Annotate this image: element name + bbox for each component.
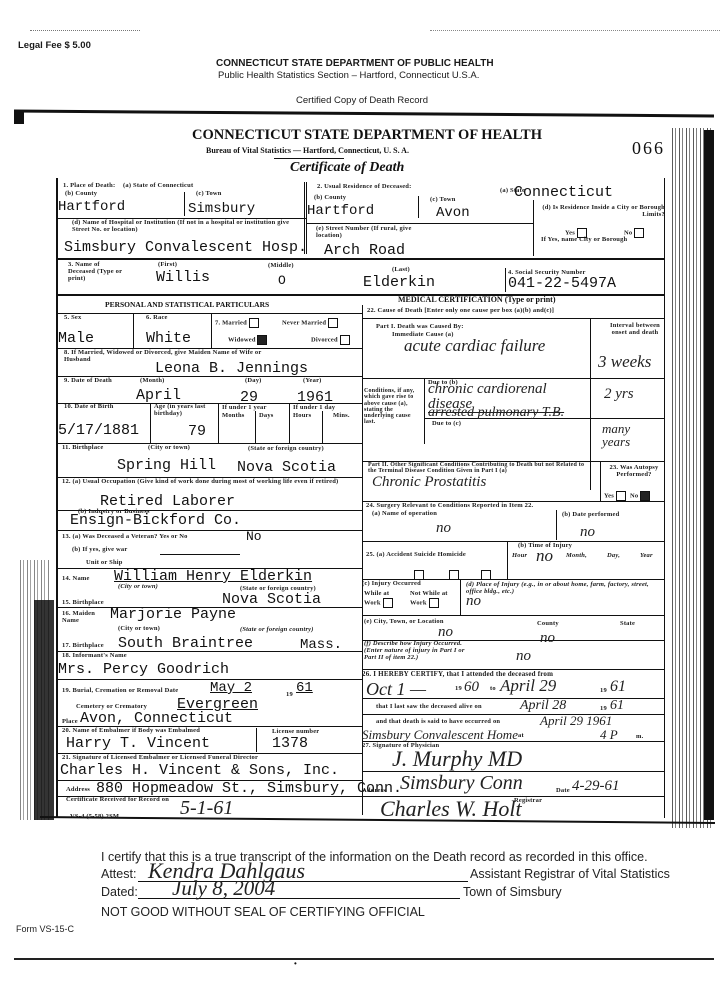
- date-of-death-label: 9. Date of Death: [64, 378, 114, 385]
- while-at-work-checkbox[interactable]: [383, 598, 393, 608]
- immediate-cause-value: acute cardiac failure: [404, 336, 545, 356]
- last-saw-value: April 28: [520, 698, 566, 714]
- to-year-prefix: 19: [600, 688, 607, 695]
- surgery-label: 24. Surgery Relevant to Conditions Repor…: [366, 503, 533, 510]
- middle-name-label: (Middle): [268, 263, 294, 270]
- birthplace-city-label: (City or town): [148, 445, 190, 452]
- place-value: Avon, Connecticut: [80, 711, 233, 726]
- city-limits-label: (d) Is Residence Inside a City or Boroug…: [541, 205, 665, 219]
- injury-occurred-label: (c) Injury Occurred: [362, 581, 421, 588]
- town-label: Town of Simsbury: [463, 885, 562, 899]
- day-label: Day,: [607, 553, 620, 560]
- industry-value: Ensign-Bickford Co.: [70, 513, 241, 528]
- death-town-label: (c) Town: [196, 191, 222, 198]
- at-label: at: [518, 733, 524, 740]
- burial-date: May 2: [210, 681, 252, 695]
- father-name-value: William Henry Elderkin: [114, 569, 312, 584]
- father-name-label: 14. Name: [62, 576, 90, 583]
- last-saw-label: that I last saw the deceased alive on: [376, 704, 482, 711]
- to-prefix: to: [490, 686, 496, 693]
- describe-injury-label: (f) Describe how Injury Occurred. (Enter…: [364, 641, 474, 661]
- to-year: 61: [610, 678, 626, 696]
- occupation-value: Retired Laborer: [100, 494, 235, 509]
- race-label: 6. Race: [146, 315, 168, 322]
- director-value: Charles H. Vincent & Sons, Inc.: [60, 763, 339, 778]
- license-value: 1378: [272, 736, 308, 751]
- father-city-label: (City or town): [118, 584, 158, 591]
- place-of-injury-label: (d) Place of Injury (e.g., in or about h…: [466, 582, 662, 596]
- header-doc-type: Certified Copy of Death Record: [296, 95, 428, 106]
- suicide-checkbox-wrap[interactable]: [449, 566, 459, 584]
- scan-edge: [14, 110, 24, 124]
- last-name-value: Elderkin: [363, 275, 435, 290]
- city-borough-label: If Yes, name City or Borough: [541, 237, 661, 244]
- sex-label: 5. Sex: [64, 315, 81, 322]
- residence-town-label: (c) Town: [430, 197, 456, 204]
- race-value: White: [146, 331, 191, 346]
- burial-year: 61: [296, 681, 313, 695]
- mother-city-label: (City or town): [118, 626, 160, 633]
- part2-value: Chronic Prostatitis: [372, 474, 486, 491]
- autopsy-no-checkbox-checked[interactable]: [640, 491, 650, 501]
- death-county-label: (b) County: [65, 191, 97, 198]
- director-address-label: Address: [66, 787, 90, 794]
- dated-label: Dated:: [101, 885, 138, 899]
- page-mark: •: [294, 959, 297, 968]
- hour-label: Hour: [512, 553, 527, 560]
- scan-noise: [430, 30, 720, 37]
- from-year-prefix: 19: [455, 686, 462, 693]
- injury-county-label: County: [537, 621, 559, 628]
- operation-value: no: [436, 520, 451, 537]
- hospital-value: Simsbury Convalescent Hosp.: [64, 240, 307, 255]
- veteran-label: 13. (a) Was Deceased a Veteran? Yes or N…: [62, 534, 188, 541]
- widowed-checkbox-checked[interactable]: [257, 335, 267, 345]
- divorced-option[interactable]: Divorced: [311, 335, 350, 345]
- hospital-label: (d) Name of Hospital or Institution (If …: [72, 220, 302, 234]
- personal-heading: PERSONAL AND STATISTICAL PARTICULARS: [105, 300, 269, 309]
- cause-of-death-label: 22. Cause of Death [Enter only one cause…: [367, 308, 663, 315]
- autopsy-no[interactable]: No: [630, 491, 650, 501]
- mother-name-label: 16. Maiden Name: [62, 611, 102, 625]
- form-code: VS-4 (5-58) 2SM: [70, 814, 119, 821]
- death-day-label: (Day): [245, 378, 262, 385]
- conditions-label: Conditions, if any, which gave rise to a…: [364, 388, 422, 426]
- due-c-value: arrested pulmonary T.B.: [428, 405, 564, 421]
- death-certificate-scan: Legal Fee $ 5.00 CONNECTICUT STATE DEPAR…: [0, 0, 727, 1000]
- street-label: (e) Street Number (If rural, give locati…: [316, 226, 426, 240]
- medical-heading: MEDICAL CERTIFICATION (Type or print): [398, 295, 556, 304]
- autopsy-yes[interactable]: Yes: [604, 491, 626, 501]
- dated-value: July 8, 2004: [172, 876, 275, 901]
- attest-role: Assistant Registrar of Vital Statistics: [470, 867, 670, 881]
- received-label: Certificate Received for Record on: [66, 797, 169, 804]
- middle-name-value: O: [278, 274, 286, 287]
- months-label: Months: [222, 413, 245, 420]
- last-saw-year: 61: [610, 698, 624, 714]
- married-option[interactable]: 7. Married: [215, 318, 259, 328]
- scan-edge: [34, 600, 54, 820]
- occurred-on-label: and that death is said to have occurred …: [376, 719, 500, 726]
- attest-label: Attest:: [101, 867, 136, 881]
- death-year-label: (Year): [303, 378, 322, 385]
- residence-county-value: Hartford: [307, 204, 374, 218]
- last-saw-year-prefix: 19: [600, 706, 607, 713]
- injury-city-value: no: [438, 624, 453, 641]
- from-year: 60: [464, 679, 479, 696]
- part1-label: Part I. Death was Caused By:: [376, 324, 464, 331]
- burial-label: 19. Burial, Cremation or Removal Date: [62, 688, 178, 695]
- certificate-dept: CONNECTICUT STATE DEPARTMENT OF HEALTH: [192, 127, 542, 144]
- father-birthplace-label: 15. Birthplace: [62, 600, 104, 607]
- never-married-option[interactable]: Never Married: [282, 318, 338, 328]
- while-at-work[interactable]: While at Work: [364, 591, 404, 608]
- widowed-option[interactable]: Widowed: [228, 335, 267, 345]
- due-c-label: Due to (c): [432, 421, 461, 428]
- mins-label: Mins.: [333, 413, 350, 420]
- attended-from: Oct 1 —: [366, 679, 426, 700]
- autopsy-label: 23. Was Autopsy Performed?: [604, 465, 664, 479]
- seal-notice: NOT GOOD WITHOUT SEAL OF CERTIFYING OFFI…: [101, 905, 425, 919]
- director-label: 21. Signature of Licensed Embalmer or Li…: [62, 755, 258, 762]
- mother-birthplace-city: South Braintree: [118, 636, 253, 651]
- header-dept: CONNECTICUT STATE DEPARTMENT OF PUBLIC H…: [216, 58, 494, 69]
- physician-date: 4-29-61: [572, 778, 620, 795]
- state-of-connecticut-label: (a) State of Connecticut: [123, 183, 193, 190]
- interval-a-value: 3 weeks: [598, 352, 651, 372]
- registrar-signature: Charles W. Holt: [380, 796, 522, 822]
- death-month-value: April: [136, 388, 181, 403]
- birthplace-label: 11. Birthplace: [62, 445, 103, 452]
- under-year-label: If under 1 year: [222, 405, 267, 412]
- hours-label: Hours: [293, 413, 311, 420]
- last-name-label: (Last): [392, 267, 410, 274]
- age-label: Age (in years last birthday): [154, 404, 216, 418]
- date-of-birth-label: 10. Date of Birth: [64, 404, 114, 411]
- attended-to: April 29: [500, 676, 556, 696]
- not-while-at-work[interactable]: Not While at Work: [410, 591, 460, 608]
- injury-city-label: (e) City, Town, or Location: [364, 619, 444, 626]
- physician-date-label: Date: [556, 788, 570, 795]
- name-label: 3. Name of Deceased (Type or print): [68, 262, 128, 282]
- birthplace-city-value: Spring Hill: [117, 458, 216, 473]
- time-of-injury-value: no: [536, 546, 553, 566]
- injury-state-label: State: [620, 621, 635, 628]
- month-label: Month,: [566, 553, 587, 560]
- embalmer-value: Harry T. Vincent: [66, 736, 210, 751]
- informant-value: Mrs. Percy Goodrich: [58, 662, 229, 677]
- certificate-title: Certificate of Death: [290, 160, 404, 176]
- certificate-number: 066: [632, 138, 665, 159]
- director-address-value: 880 Hopmeadow St., Simsbury, Conn.: [96, 781, 402, 796]
- interval-c-value: many years: [602, 422, 652, 448]
- mother-name-value: Marjorie Payne: [110, 607, 236, 622]
- unit-label: Unit or Ship: [86, 560, 123, 567]
- war-label: (b) If yes, give war: [72, 547, 127, 554]
- physician-address-label: Address: [362, 788, 386, 795]
- married-checkbox[interactable]: [249, 318, 259, 328]
- accident-label: 25. (a) Accident Suicide Homicide: [366, 552, 466, 559]
- certificate-bureau: Bureau of Vital Statistics — Hartford, C…: [206, 146, 409, 155]
- veteran-value: No: [246, 530, 262, 543]
- residence-state-value: Connecticut: [514, 185, 613, 200]
- embalmer-label: 20. Name of Embalmer if Body was Embalme…: [62, 728, 200, 735]
- sex-value: Male: [58, 331, 94, 346]
- describe-injury-value: no: [516, 648, 531, 665]
- residence-town-value: Avon: [436, 206, 470, 220]
- not-while-at-work-checkbox[interactable]: [429, 598, 439, 608]
- age-value: 79: [188, 424, 206, 439]
- informant-label: 18. Informant's Name: [62, 653, 127, 660]
- usual-residence-label: 2. Usual Residence of Deceased:: [317, 184, 411, 191]
- place-of-injury-value: no: [466, 593, 481, 610]
- header-section: Public Health Statistics Section – Hartf…: [218, 70, 479, 81]
- m-label: m.: [636, 734, 643, 741]
- autopsy-yes-checkbox[interactable]: [616, 491, 626, 501]
- burial-year-prefix: 19: [286, 692, 293, 699]
- operation-label: (a) Name of operation: [372, 511, 437, 518]
- first-name-value: Willis: [156, 270, 210, 285]
- physician-signature: J. Murphy MD: [392, 746, 522, 772]
- part2-label: Part II. Other Significant Conditions Co…: [368, 462, 590, 475]
- divorced-checkbox[interactable]: [340, 335, 350, 345]
- days-label: Days: [259, 413, 274, 420]
- scan-edge: [14, 110, 714, 118]
- spouse-value: Leona B. Jennings: [155, 361, 308, 376]
- birthplace-state-value: Nova Scotia: [237, 460, 336, 475]
- ssn-value: 041-22-5497A: [508, 276, 616, 291]
- under-day-label: If under 1 day: [293, 405, 335, 412]
- mother-state-label: (State or foreign country): [240, 627, 314, 634]
- death-month-label: (Month): [140, 378, 165, 385]
- place-label: Place: [62, 719, 78, 726]
- birthplace-state-label: (State or foreign country): [248, 446, 324, 453]
- interval-label: Interval between onset and death: [606, 323, 664, 337]
- scan-noise: [30, 30, 140, 37]
- mother-birthplace-label: 17. Birthplace: [62, 643, 104, 650]
- residence-county-label: (b) County: [314, 195, 346, 202]
- never-married-checkbox[interactable]: [328, 318, 338, 328]
- interval-b-value: 2 yrs: [604, 386, 634, 403]
- form-number: Form VS-15-C: [16, 924, 74, 934]
- date-performed-label: (b) Date performed: [562, 512, 619, 519]
- place-of-death-label: 1. Place of Death:: [63, 183, 115, 190]
- date-of-birth-value: 5/17/1881: [58, 423, 139, 438]
- scan-edge: [704, 130, 714, 820]
- first-name-label: (First): [158, 262, 177, 269]
- year-label: Year: [640, 553, 653, 560]
- injury-county-value: no: [540, 630, 555, 647]
- legal-fee: Legal Fee $ 5.00: [18, 40, 91, 51]
- death-county-value: Hartford: [58, 200, 125, 214]
- occupation-label: 12. (a) Usual Occupation (Give kind of w…: [62, 479, 342, 486]
- street-value: Arch Road: [324, 243, 405, 258]
- mother-birthplace-state: Mass.: [300, 638, 342, 652]
- physician-address: Simsbury Conn: [400, 772, 523, 795]
- date-performed-value: no: [580, 524, 595, 541]
- death-town-value: Simsbury: [188, 202, 255, 216]
- father-birthplace-value: Nova Scotia: [222, 592, 321, 607]
